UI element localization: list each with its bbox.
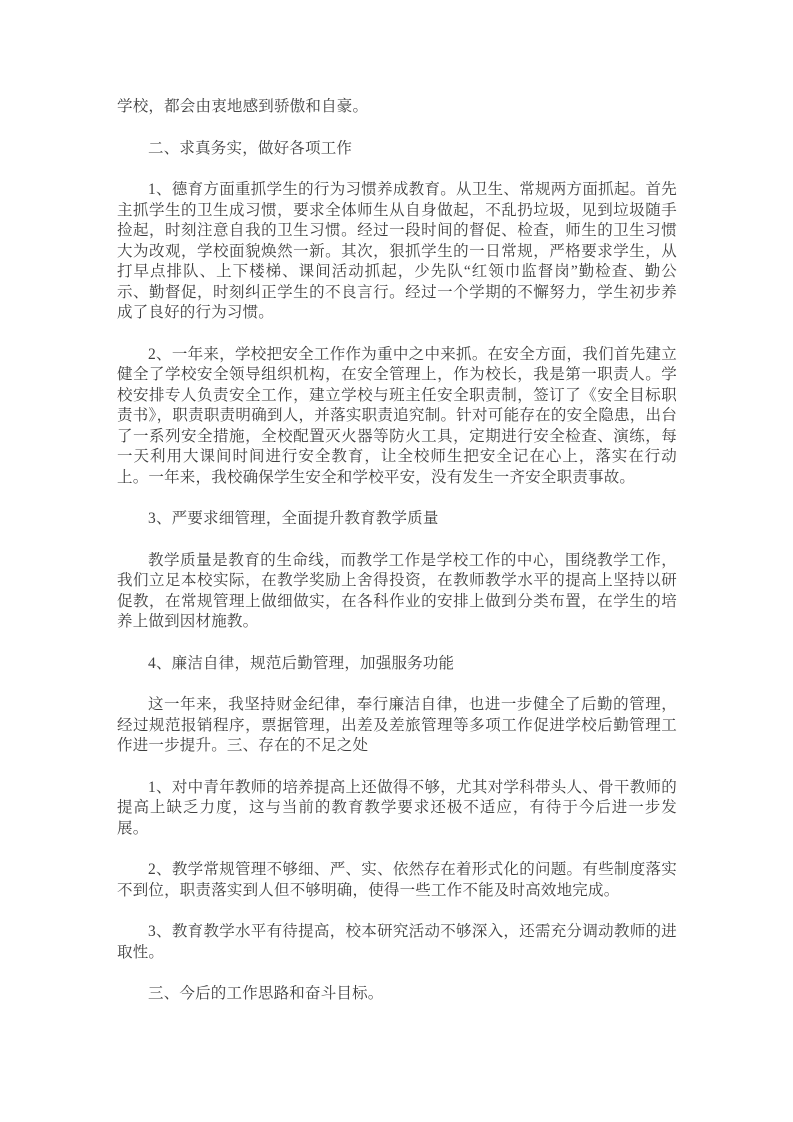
paragraph: 1、德育方面重抓学生的行为习惯养成教育。从卫生、常规两方面抓起。首先主抓学生的卫…: [117, 180, 677, 324]
paragraph: 2、一年来，学校把安全工作作为重中之中来抓。在安全方面，我们首先建立健全了学校安…: [117, 345, 677, 489]
paragraph: 3、教育教学水平有待提高，校本研究活动不够深入，还需充分调动教师的进取性。: [117, 922, 677, 963]
document-page: 学校，都会由衷地感到骄傲和自豪。二、求真务实，做好各项工作1、德育方面重抓学生的…: [0, 0, 793, 1122]
paragraph: 这一年来，我坚持财金纪律，奉行廉洁自律，也进一步健全了后勤的管理，经过规范报销程…: [117, 695, 677, 757]
document-body: 学校，都会由衷地感到骄傲和自豪。二、求真务实，做好各项工作1、德育方面重抓学生的…: [117, 97, 677, 1005]
paragraph: 学校，都会由衷地感到骄傲和自豪。: [117, 97, 677, 118]
paragraph: 1、对中青年教师的培养提高上还做得不够，尤其对学科带头人、骨干教师的提高上缺乏力…: [117, 778, 677, 840]
paragraph: 4、廉洁自律，规范后勤管理，加强服务功能: [117, 654, 677, 675]
paragraph: 教学质量是教育的生命线，而教学工作是学校工作的中心，围绕教学工作，我们立足本校实…: [117, 551, 677, 633]
paragraph: 3、严要求细管理，全面提升教育教学质量: [117, 509, 677, 530]
paragraph: 二、求真务实，做好各项工作: [117, 139, 677, 160]
paragraph: 三、今后的工作思路和奋斗目标。: [117, 984, 677, 1005]
paragraph: 2、教学常规管理不够细、严、实、依然存在着形式化的问题。有些制度落实不到位，职责…: [117, 860, 677, 901]
